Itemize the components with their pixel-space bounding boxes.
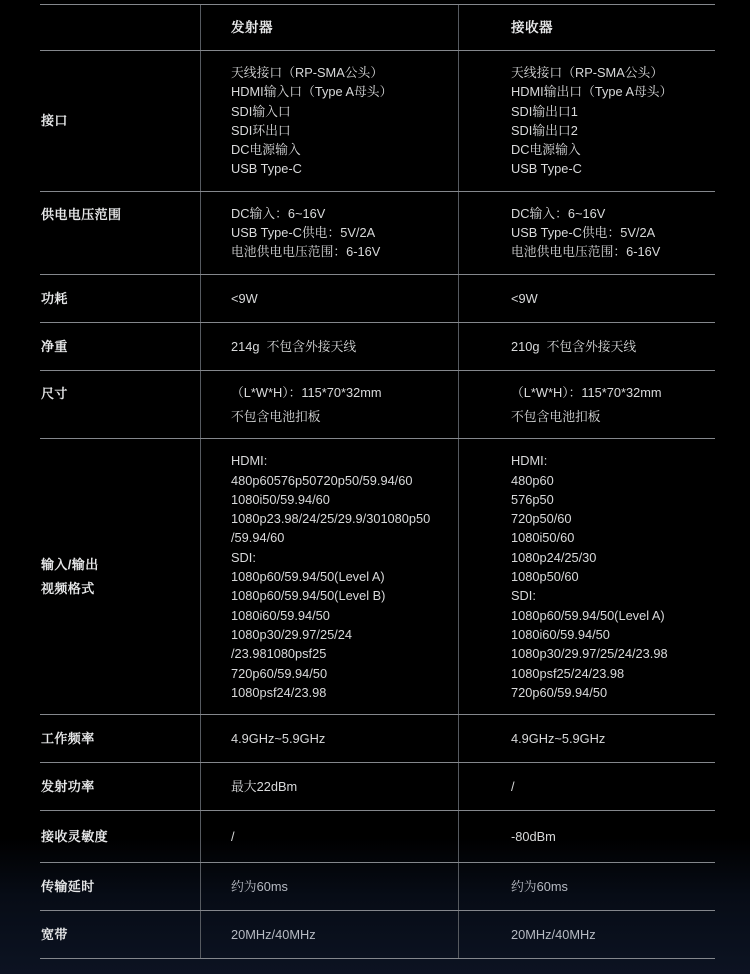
table-row: 净重 214g 不包含外接天线 210g 不包含外接天线 (40, 323, 715, 371)
transmitter-value-line: 最大22dBm (231, 777, 452, 796)
transmitter-value-line: 电池供电电压范围：6-16V (231, 242, 452, 261)
table-row: 接口 天线接口（RP-SMA公头）HDMI输入口（Type A母头）SDI输入口… (40, 51, 715, 192)
receiver-value-line: 1080i60/59.94/50 (511, 625, 709, 644)
receiver-cell: / (458, 763, 715, 810)
row-label: 功耗 (40, 275, 200, 322)
transmitter-value-line: 约为60ms (231, 877, 452, 896)
transmitter-cell: / (200, 811, 458, 862)
receiver-value-line: 720p50/60 (511, 509, 709, 528)
transmitter-cell: 天线接口（RP-SMA公头）HDMI输入口（Type A母头）SDI输入口SDI… (200, 51, 458, 191)
row-label: 输入/输出视频格式 (40, 439, 200, 714)
receiver-value-line: 4.9GHz~5.9GHz (511, 729, 709, 748)
receiver-value-line: 1080i50/60 (511, 528, 709, 547)
transmitter-value-line: 1080p60/59.94/50(Level B) (231, 586, 452, 605)
row-label: 尺寸 (40, 371, 200, 439)
receiver-value-line: <9W (511, 289, 709, 308)
transmitter-cell: 214g 不包含外接天线 (200, 323, 458, 370)
spec-sheet-page: 发射器 接收器 接口 天线接口（RP-SMA公头）HDMI输入口（Type A母… (0, 0, 750, 974)
transmitter-cell: DC输入：6~16VUSB Type-C供电：5V/2A电池供电电压范围：6-1… (200, 192, 458, 274)
table-row: 供电电压范围 DC输入：6~16VUSB Type-C供电：5V/2A电池供电电… (40, 192, 715, 275)
transmitter-value-line: 不包含电池扣板 (231, 407, 452, 426)
transmitter-value-line: / (231, 827, 452, 846)
transmitter-value-line: 天线接口（RP-SMA公头） (231, 63, 452, 82)
receiver-value-line: SDI输出口1 (511, 102, 709, 121)
row-label-line: 接收灵敏度 (41, 827, 194, 846)
transmitter-value-line: 4.9GHz~5.9GHz (231, 729, 452, 748)
transmitter-value-line: <9W (231, 289, 452, 308)
row-label-line: 输入/输出 (41, 555, 194, 574)
transmitter-cell: 20MHz/40MHz (200, 911, 458, 958)
receiver-value-line: 约为60ms (511, 877, 709, 896)
receiver-value-line: DC电源输入 (511, 140, 709, 159)
receiver-value-line: SDI: (511, 586, 709, 605)
transmitter-value-line: USB Type-C供电：5V/2A (231, 223, 452, 242)
transmitter-value-line: 1080p23.98/24/25/29.9/301080p50 (231, 509, 452, 528)
receiver-cell: 210g 不包含外接天线 (458, 323, 715, 370)
table-row: 工作频率 4.9GHz~5.9GHz 4.9GHz~5.9GHz (40, 715, 715, 763)
transmitter-cell: 最大22dBm (200, 763, 458, 810)
table-row: 接收灵敏度 / -80dBm (40, 811, 715, 863)
transmitter-cell: 约为60ms (200, 863, 458, 910)
receiver-column-header: 接收器 (511, 18, 709, 37)
table-row: 功耗 <9W <9W (40, 275, 715, 323)
transmitter-column-header: 发射器 (231, 18, 452, 37)
receiver-value-line: USB Type-C供电：5V/2A (511, 223, 709, 242)
transmitter-value-line: （L*W*H）：115*70*32mm (231, 383, 452, 402)
transmitter-cell: HDMI:480p60576p50720p50/59.94/601080i50/… (200, 439, 458, 714)
transmitter-value-line: 214g 不包含外接天线 (231, 337, 452, 356)
row-label-line: 发射功率 (41, 777, 194, 796)
table-row: 发射功率 最大22dBm / (40, 763, 715, 811)
transmitter-value-line: USB Type-C (231, 159, 452, 178)
transmitter-value-line: /59.94/60 (231, 528, 452, 547)
transmitter-value-line: 1080p30/29.97/25/24 (231, 625, 452, 644)
table-row: 输入/输出视频格式 HDMI:480p60576p50720p50/59.94/… (40, 439, 715, 715)
receiver-cell: HDMI:480p60576p50720p50/601080i50/601080… (458, 439, 715, 714)
row-label-line: 接口 (41, 111, 194, 130)
transmitter-cell: （L*W*H）：115*70*32mm不包含电池扣板 (200, 371, 458, 439)
receiver-cell: DC输入：6~16VUSB Type-C供电：5V/2A电池供电电压范围：6-1… (458, 192, 715, 274)
transmitter-value-line: 1080psf24/23.98 (231, 683, 452, 702)
receiver-value-line: 210g 不包含外接天线 (511, 337, 709, 356)
header-empty-cell (40, 5, 200, 50)
receiver-value-line: HDMI输出口（Type A母头） (511, 82, 709, 101)
receiver-value-line: 20MHz/40MHz (511, 925, 709, 944)
row-label: 发射功率 (40, 763, 200, 810)
table-row: 宽带 20MHz/40MHz 20MHz/40MHz (40, 911, 715, 959)
transmitter-value-line: /23.981080psf25 (231, 644, 452, 663)
transmitter-cell: <9W (200, 275, 458, 322)
receiver-cell: 20MHz/40MHz (458, 911, 715, 958)
row-label: 供电电压范围 (40, 192, 200, 274)
transmitter-value-line: HDMI: (231, 451, 452, 470)
receiver-value-line: 不包含电池扣板 (511, 407, 709, 426)
receiver-value-line: 1080p24/25/30 (511, 548, 709, 567)
table-header-row: 发射器 接收器 (40, 5, 715, 51)
receiver-cell: 天线接口（RP-SMA公头）HDMI输出口（Type A母头）SDI输出口1SD… (458, 51, 715, 191)
header-receiver-cell: 接收器 (458, 5, 715, 50)
receiver-value-line: SDI输出口2 (511, 121, 709, 140)
transmitter-value-line: HDMI输入口（Type A母头） (231, 82, 452, 101)
receiver-value-line: 480p60 (511, 471, 709, 490)
transmitter-value-line: SDI输入口 (231, 102, 452, 121)
row-label: 宽带 (40, 911, 200, 958)
receiver-value-line: 1080psf25/24/23.98 (511, 664, 709, 683)
receiver-value-line: （L*W*H）：115*70*32mm (511, 383, 709, 402)
row-label: 接收灵敏度 (40, 811, 200, 862)
receiver-cell: 约为60ms (458, 863, 715, 910)
transmitter-value-line: 1080i60/59.94/50 (231, 606, 452, 625)
transmitter-value-line: DC输入：6~16V (231, 204, 452, 223)
receiver-value-line: HDMI: (511, 451, 709, 470)
transmitter-value-line: 480p60576p50720p50/59.94/60 (231, 471, 452, 490)
transmitter-value-line: 20MHz/40MHz (231, 925, 452, 944)
row-label-line: 视频格式 (41, 579, 194, 598)
row-label-line: 宽带 (41, 925, 194, 944)
table-body: 接口 天线接口（RP-SMA公头）HDMI输入口（Type A母头）SDI输入口… (40, 51, 715, 959)
receiver-value-line: -80dBm (511, 827, 709, 846)
receiver-value-line: 1080p60/59.94/50(Level A) (511, 606, 709, 625)
receiver-value-line: 电池供电电压范围：6-16V (511, 242, 709, 261)
row-label-line: 工作频率 (41, 729, 194, 748)
row-label: 接口 (40, 51, 200, 191)
transmitter-value-line: DC电源输入 (231, 140, 452, 159)
row-label-line: 传输延时 (41, 877, 194, 896)
row-label-line: 尺寸 (41, 384, 194, 403)
receiver-value-line: 天线接口（RP-SMA公头） (511, 63, 709, 82)
receiver-value-line: 576p50 (511, 490, 709, 509)
receiver-cell: 4.9GHz~5.9GHz (458, 715, 715, 762)
table-row: 尺寸 （L*W*H）：115*70*32mm不包含电池扣板 （L*W*H）：11… (40, 371, 715, 440)
row-label: 净重 (40, 323, 200, 370)
transmitter-value-line: SDI环出口 (231, 121, 452, 140)
transmitter-value-line: 1080i50/59.94/60 (231, 490, 452, 509)
receiver-value-line: 1080p50/60 (511, 567, 709, 586)
transmitter-cell: 4.9GHz~5.9GHz (200, 715, 458, 762)
receiver-cell: -80dBm (458, 811, 715, 862)
transmitter-value-line: 1080p60/59.94/50(Level A) (231, 567, 452, 586)
row-label-line: 功耗 (41, 289, 194, 308)
receiver-value-line: USB Type-C (511, 159, 709, 178)
header-transmitter-cell: 发射器 (200, 5, 458, 50)
receiver-cell: （L*W*H）：115*70*32mm不包含电池扣板 (458, 371, 715, 439)
receiver-value-line: 1080p30/29.97/25/24/23.98 (511, 644, 709, 663)
row-label-line: 供电电压范围 (41, 205, 194, 224)
receiver-value-line: 720p60/59.94/50 (511, 683, 709, 702)
receiver-cell: <9W (458, 275, 715, 322)
transmitter-value-line: SDI: (231, 548, 452, 567)
row-label: 传输延时 (40, 863, 200, 910)
spec-table: 发射器 接收器 接口 天线接口（RP-SMA公头）HDMI输入口（Type A母… (40, 4, 715, 959)
row-label: 工作频率 (40, 715, 200, 762)
transmitter-value-line: 720p60/59.94/50 (231, 664, 452, 683)
row-label-line: 净重 (41, 337, 194, 356)
table-row: 传输延时 约为60ms 约为60ms (40, 863, 715, 911)
receiver-value-line: / (511, 777, 709, 796)
receiver-value-line: DC输入：6~16V (511, 204, 709, 223)
